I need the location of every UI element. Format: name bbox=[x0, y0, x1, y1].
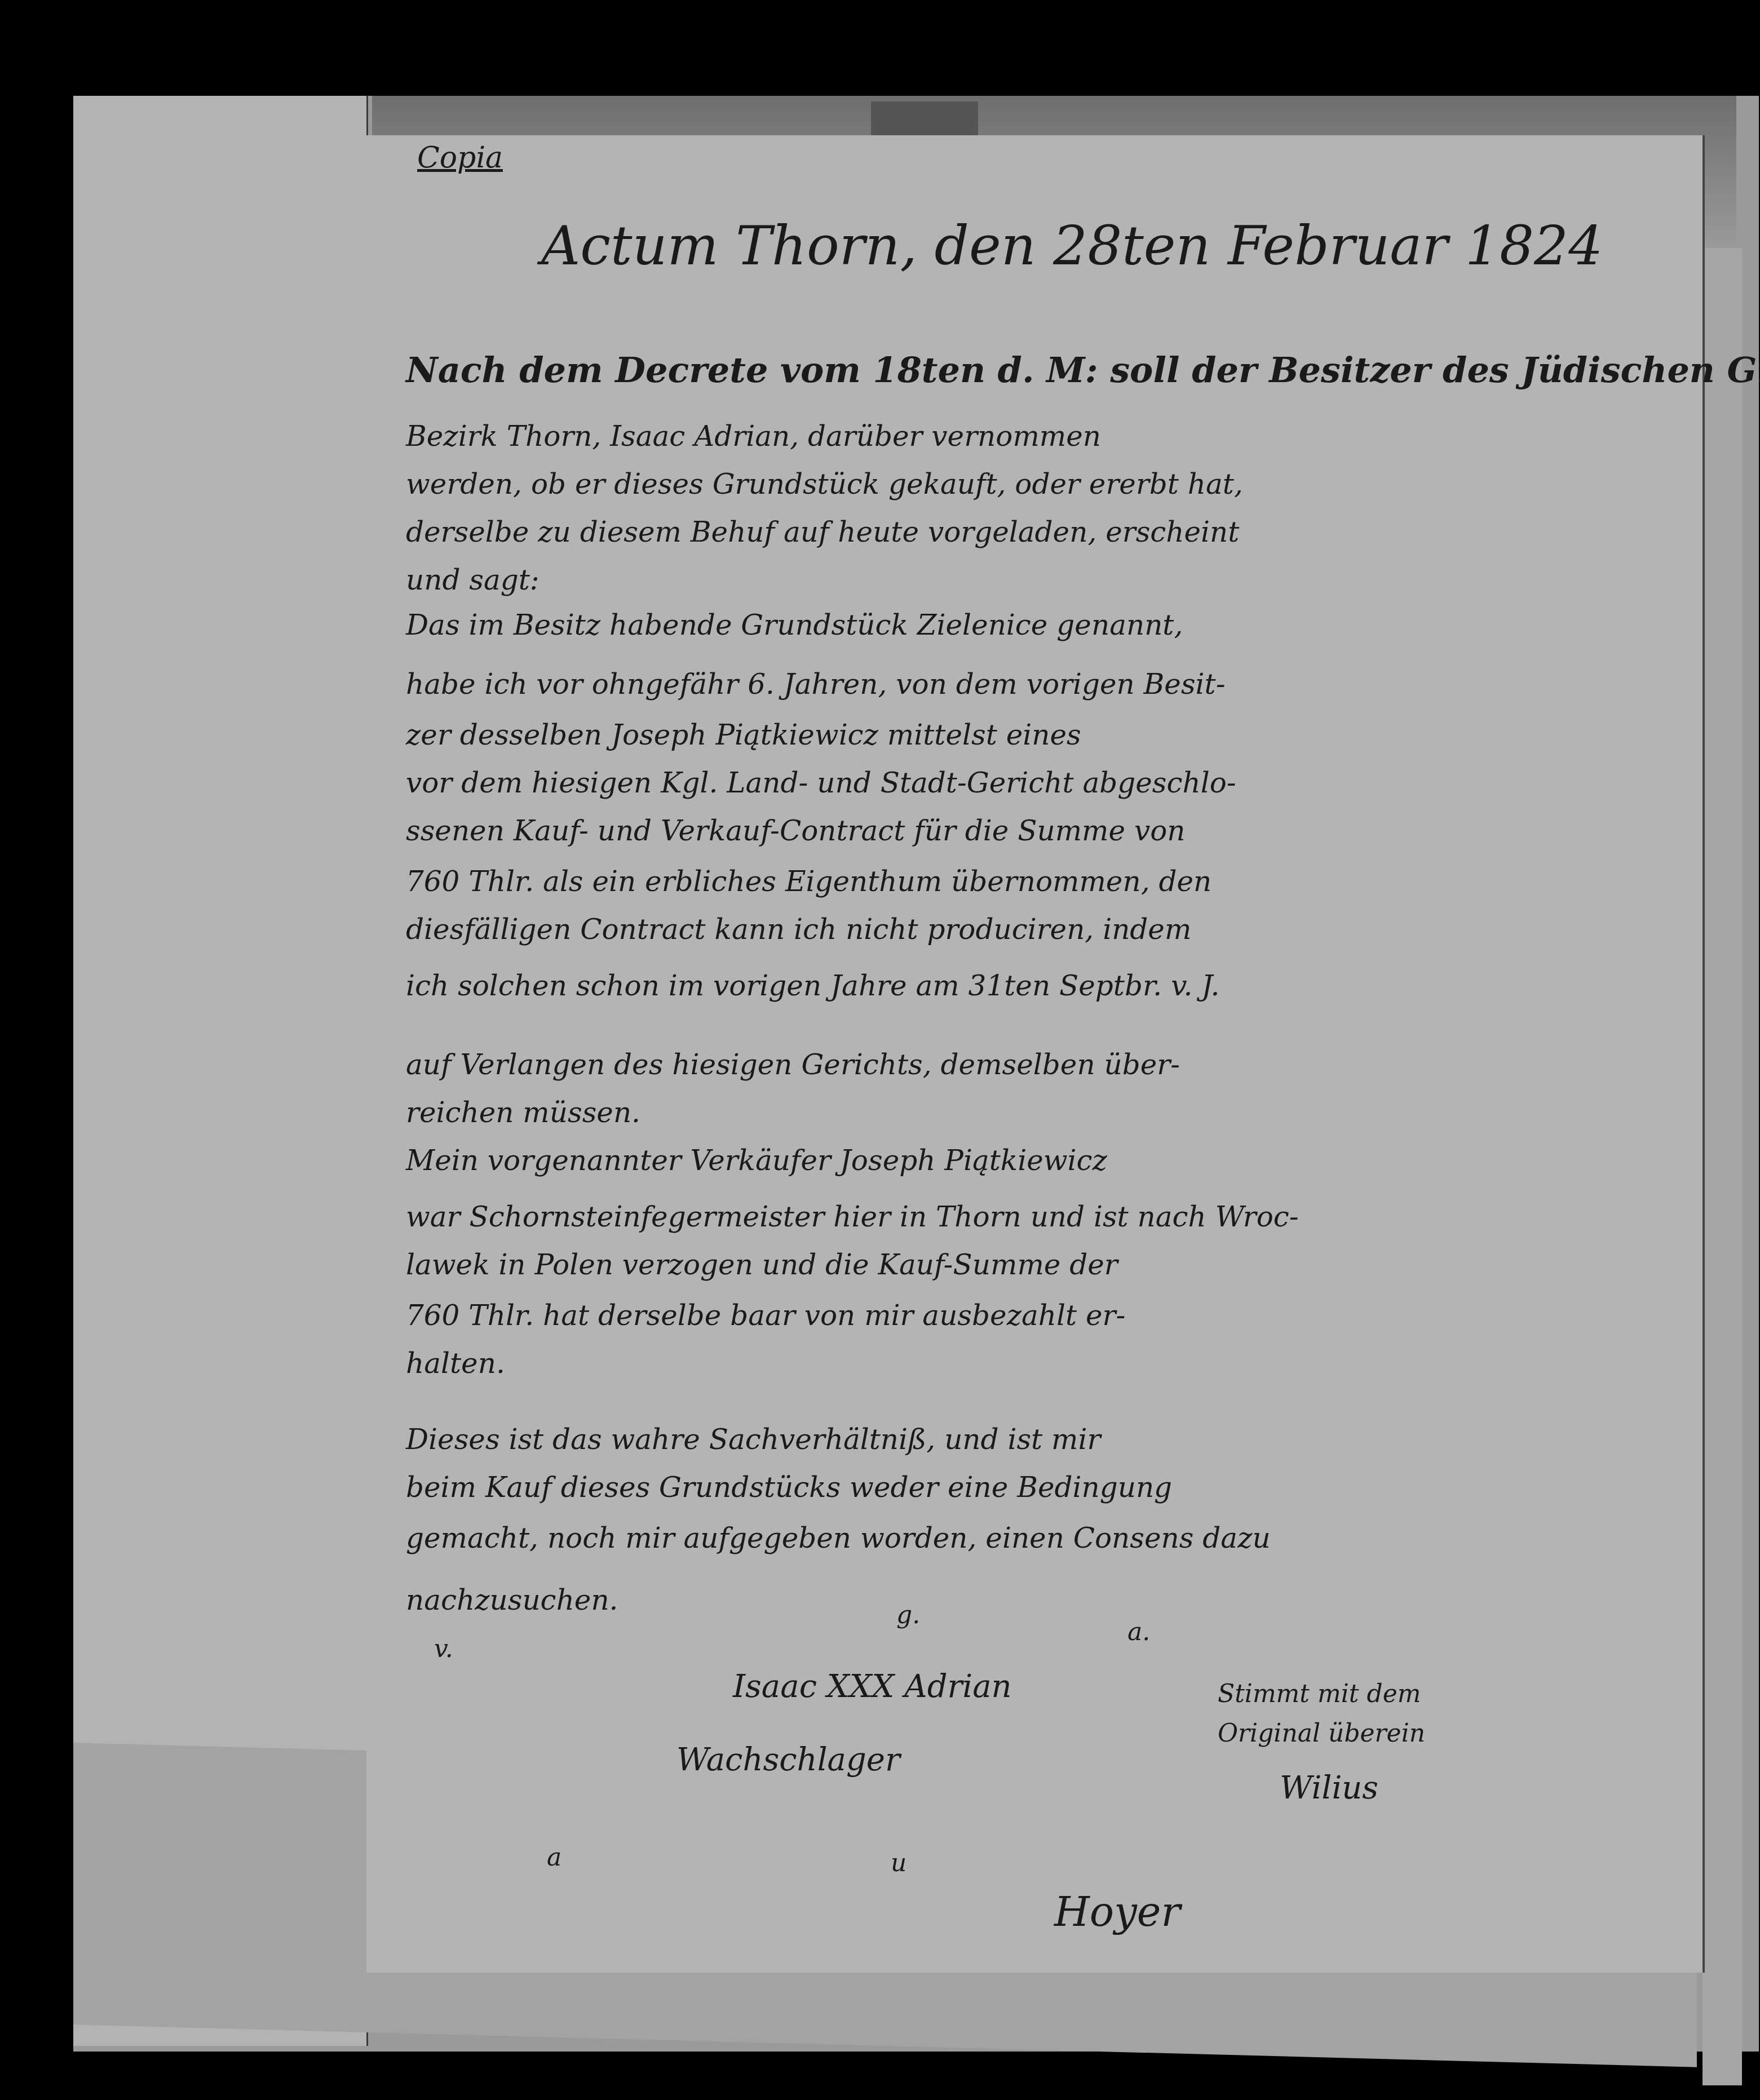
body-line: halten. bbox=[406, 1347, 505, 1380]
body-line: 760 Thlr. hat derselbe baar von mir ausb… bbox=[406, 1299, 1125, 1332]
body-line: ich solchen schon im vorigen Jahre am 31… bbox=[406, 969, 1219, 1002]
a-mark: a. bbox=[1127, 1618, 1150, 1646]
body-line: nachzusuchen. bbox=[406, 1584, 618, 1616]
certifier-signature: Wilius bbox=[1280, 1770, 1378, 1806]
body-line: gemacht, noch mir aufgegeben worden, ein… bbox=[406, 1522, 1271, 1554]
right-paper-edge bbox=[1702, 248, 1742, 2085]
body-line: 760 Thlr. als ein erbliches Eigenthum üb… bbox=[406, 865, 1211, 898]
body-line: zer desselben Joseph Piątkiewicz mittels… bbox=[406, 719, 1081, 751]
clerk-signature: Hoyer bbox=[1054, 1888, 1180, 1935]
certification-line: Stimmt mit dem bbox=[1218, 1680, 1421, 1708]
document-title: Actum Thorn, den 28ten Februar 1824 bbox=[541, 214, 1603, 277]
body-line: diesfälligen Contract kann ich nicht pro… bbox=[406, 913, 1191, 946]
body-line: Das im Besitz habende Grundstück Zieleni… bbox=[406, 609, 1183, 641]
body-line: Bezirk Thorn, Isaac Adrian, darüber vern… bbox=[406, 420, 1101, 453]
signer-role: Wachschlager bbox=[676, 1742, 900, 1778]
body-line: habe ich vor ohngefähr 6. Jahren, von de… bbox=[406, 668, 1226, 701]
closing-mark: v. bbox=[434, 1634, 453, 1663]
body-line: derselbe zu diesem Behuf auf heute vorge… bbox=[406, 516, 1239, 548]
body-line: werden, ob er dieses Grundstück gekauft,… bbox=[406, 468, 1243, 500]
mark-line: g. bbox=[896, 1601, 920, 1629]
certification-line: Original überein bbox=[1218, 1719, 1425, 1748]
body-line: Dieses ist das wahre Sachverhältniß, und… bbox=[406, 1423, 1100, 1456]
body-line: reichen müssen. bbox=[406, 1096, 640, 1129]
mid-mark: u bbox=[891, 1849, 906, 1877]
left-mark: a bbox=[547, 1843, 561, 1872]
body-line: vor dem hiesigen Kgl. Land- und Stadt-Ge… bbox=[406, 767, 1236, 799]
body-line: Nach dem Decrete vom 18ten d. M: soll de… bbox=[406, 349, 1760, 391]
body-line: lawek in Polen verzogen und die Kauf-Sum… bbox=[406, 1248, 1118, 1281]
body-line: war Schornsteinfegermeister hier in Thor… bbox=[406, 1200, 1299, 1233]
body-line: ssenen Kauf- und Verkauf-Contract für di… bbox=[406, 814, 1186, 847]
body-line: auf Verlangen des hiesigen Gerichts, dem… bbox=[406, 1048, 1180, 1081]
copy-label: Copia bbox=[417, 141, 503, 175]
body-line: und sagt: bbox=[406, 564, 540, 596]
signer-name: Isaac XXX Adrian bbox=[733, 1668, 1012, 1705]
body-line: Mein vorgenannter Verkäufer Joseph Piątk… bbox=[406, 1144, 1107, 1177]
body-line: beim Kauf dieses Grundstücks weder eine … bbox=[406, 1471, 1172, 1504]
